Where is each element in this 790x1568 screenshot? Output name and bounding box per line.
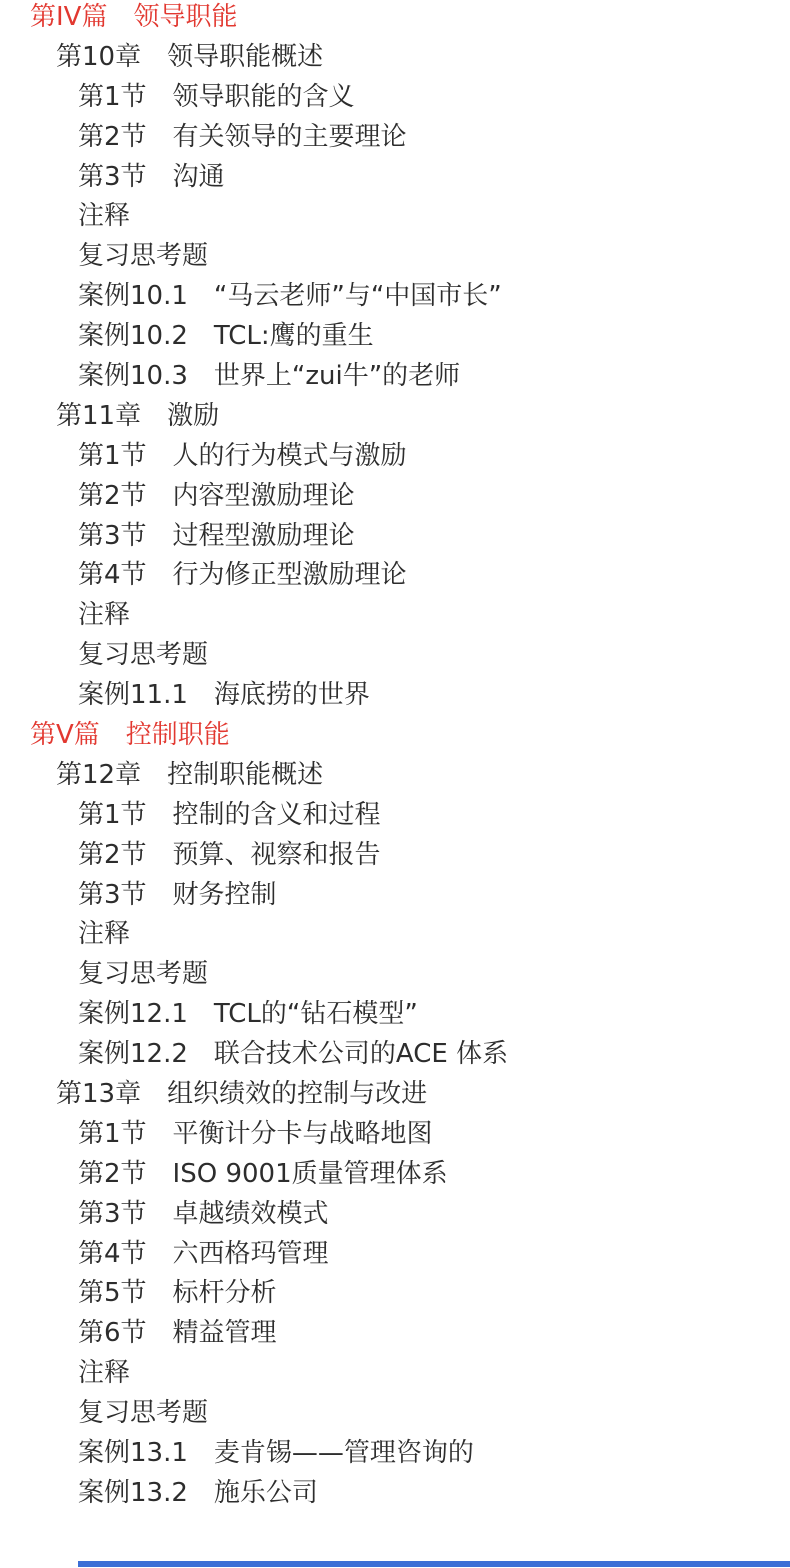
toc-section-item[interactable]: 第6节 精益管理 [0,1313,790,1353]
toc-case-item[interactable]: 案例12.1 TCL的“钻石模型” [0,994,790,1034]
toc-case-item[interactable]: 案例13.2 施乐公司 [0,1473,790,1513]
toc-note-item[interactable]: 注释 [0,1353,790,1393]
toc-note-item[interactable]: 注释 [0,595,790,635]
toc-case-item[interactable]: 案例12.2 联合技术公司的ACE 体系 [0,1034,790,1074]
toc-part-heading[interactable]: 第IV篇 领导职能 [0,0,790,37]
toc-chapter-item[interactable]: 第10章 领导职能概述 [0,37,790,77]
toc-section-item[interactable]: 第3节 沟通 [0,157,790,197]
toc-chapter-item[interactable]: 第12章 控制职能概述 [0,755,790,795]
toc-case-item[interactable]: 案例13.1 麦肯锡——管理咨询的 [0,1433,790,1473]
toc-case-item[interactable]: 案例10.3 世界上“zui牛”的老师 [0,356,790,396]
toc-case-item[interactable]: 案例10.1 “马云老师”与“中国市长” [0,276,790,316]
toc-section-item[interactable]: 第2节 预算、视察和报告 [0,835,790,875]
toc-chapter-item[interactable]: 第11章 激励 [0,396,790,436]
toc-section-item[interactable]: 第1节 控制的含义和过程 [0,795,790,835]
toc-part-heading[interactable]: 第V篇 控制职能 [0,715,790,755]
toc-section-item[interactable]: 第1节 人的行为模式与激励 [0,436,790,476]
toc-review-item[interactable]: 复习思考题 [0,1393,790,1433]
toc-section-item[interactable]: 第2节 有关领导的主要理论 [0,117,790,157]
toc-section-item[interactable]: 第2节 ISO 9001质量管理体系 [0,1154,790,1194]
toc-section-item[interactable]: 第4节 六西格玛管理 [0,1234,790,1274]
toc-note-item[interactable]: 注释 [0,914,790,954]
toc-section-item[interactable]: 第4节 行为修正型激励理论 [0,555,790,595]
toc-section-item[interactable]: 第5节 标杆分析 [0,1274,790,1314]
toc-case-item[interactable]: 案例11.1 海底捞的世界 [0,675,790,715]
toc-section-item[interactable]: 第1节 平衡计分卡与战略地图 [0,1114,790,1154]
toc-section-item[interactable]: 第2节 内容型激励理论 [0,476,790,516]
toc-review-item[interactable]: 复习思考题 [0,954,790,994]
table-of-contents: 第IV篇 领导职能 第10章 领导职能概述 第1节 领导职能的含义 第2节 有关… [0,0,790,1513]
toc-section-item[interactable]: 第3节 过程型激励理论 [0,516,790,556]
reading-progress-bar [78,1561,790,1567]
toc-case-item[interactable]: 案例10.2 TCL:鹰的重生 [0,316,790,356]
toc-section-item[interactable]: 第3节 财务控制 [0,875,790,915]
toc-section-item[interactable]: 第3节 卓越绩效模式 [0,1194,790,1234]
toc-note-item[interactable]: 注释 [0,196,790,236]
toc-review-item[interactable]: 复习思考题 [0,635,790,675]
toc-section-item[interactable]: 第1节 领导职能的含义 [0,77,790,117]
toc-chapter-item[interactable]: 第13章 组织绩效的控制与改进 [0,1074,790,1114]
toc-review-item[interactable]: 复习思考题 [0,236,790,276]
